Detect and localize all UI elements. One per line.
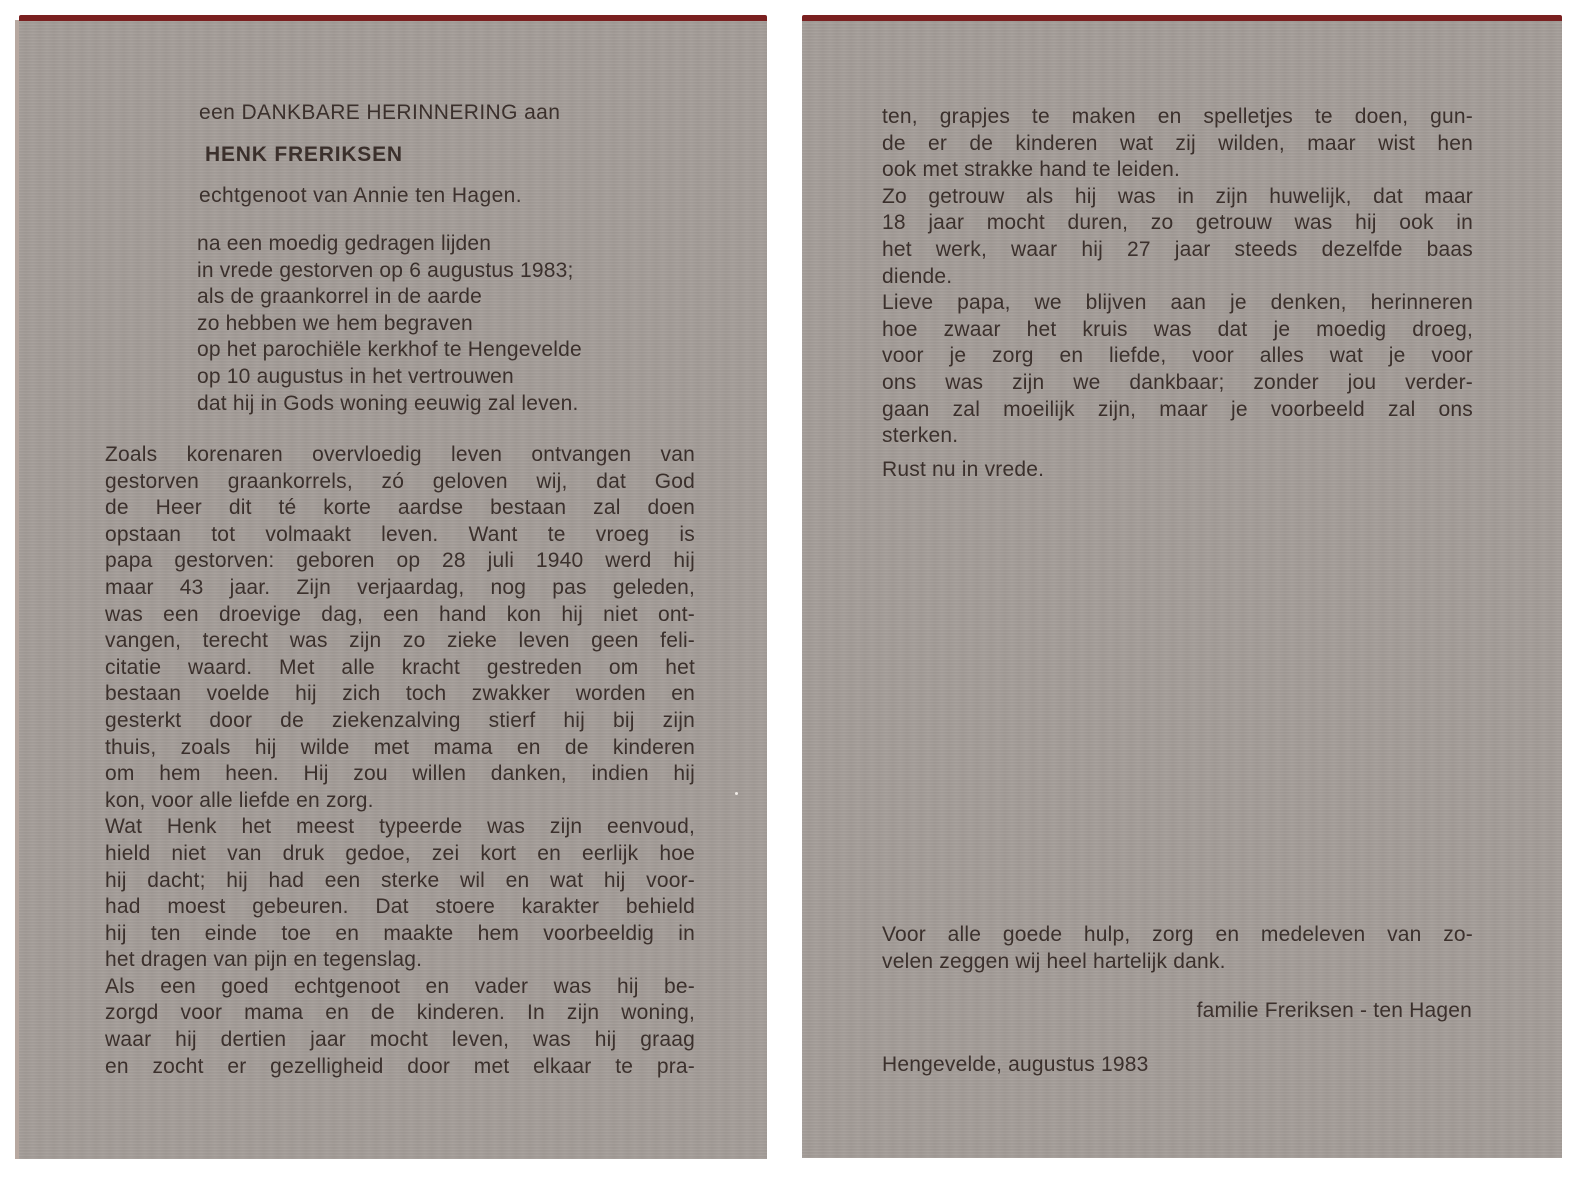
text-line: de er de kinderen wat zij wilden, maar w… — [882, 131, 1473, 158]
text-line: gestorven graankorrels, zó geloven wij, … — [105, 469, 695, 496]
text-line: het werk, waar hij 27 jaar steeds dezelf… — [882, 237, 1473, 264]
text-line: was een droevige dag, een hand kon hij n… — [105, 602, 695, 629]
text-line: voor je zorg en liefde, voor alles wat j… — [882, 343, 1473, 370]
biography-text-left: Zoals korenaren overvloedig leven ontvan… — [105, 442, 695, 1080]
text-line: Lieve papa, we blijven aan je denken, he… — [882, 290, 1473, 317]
spouse-line: echtgenoot van Annie ten Hagen. — [199, 183, 522, 210]
poem-line: als de graankorrel in de aarde — [197, 284, 582, 311]
text-line: gesterkt door de ziekenzalving stierf hi… — [105, 708, 695, 735]
text-line: gaan zal moeilijk zijn, maar je voorbeel… — [882, 397, 1473, 424]
text-line: diende. — [882, 264, 1473, 291]
text-line: Zo getrouw als hij was in zijn huwelijk,… — [882, 184, 1473, 211]
poem-line: op het parochiële kerkhof te Hengevelde — [197, 337, 582, 364]
text-line: maar 43 jaar. Zijn verjaardag, nog pas g… — [105, 575, 695, 602]
closing-line: Rust nu in vrede. — [882, 457, 1044, 484]
place-and-date: Hengevelde, augustus 1983 — [882, 1052, 1149, 1079]
family-signature: familie Freriksen - ten Hagen — [1197, 998, 1472, 1025]
text-line: de Heer dit té korte aardse bestaan zal … — [105, 495, 695, 522]
text-line: Voor alle goede hulp, zorg en medeleven … — [882, 922, 1473, 949]
text-line: vangen, terecht was zijn zo zieke leven … — [105, 628, 695, 655]
poem-line: in vrede gestorven op 6 augustus 1983; — [197, 258, 582, 285]
text-line: velen zeggen wij heel hartelijk dank. — [882, 949, 1473, 976]
text-line: hij ten einde toe en maakte hem voorbeel… — [105, 921, 695, 948]
intro-line: een DANKBARE HERINNERING aan — [199, 100, 560, 127]
poem-line: na een moedig gedragen lijden — [197, 231, 582, 258]
deceased-name: HENK FRERIKSEN — [205, 142, 403, 169]
text-line: waar hij dertien jaar mocht leven, was h… — [105, 1027, 695, 1054]
text-line: kon, voor alle liefde en zorg. — [105, 788, 695, 815]
paper-speck — [735, 792, 738, 795]
text-line: sterken. — [882, 423, 1473, 450]
text-line: en zocht er gezelligheid door met elkaar… — [105, 1054, 695, 1081]
poem-line: op 10 augustus in het vertrouwen — [197, 364, 582, 391]
thanks-note: Voor alle goede hulp, zorg en medeleven … — [882, 922, 1473, 975]
biography-text-right: ten, grapjes te maken en spelletjes te d… — [882, 104, 1473, 450]
text-line: het dragen van pijn en tegenslag. — [105, 947, 695, 974]
text-line: thuis, zoals hij wilde met mama en de ki… — [105, 735, 695, 762]
poem-block: na een moedig gedragen lijdenin vrede ge… — [197, 231, 582, 417]
poem-line: dat hij in Gods woning eeuwig zal leven. — [197, 391, 582, 418]
text-line: Wat Henk het meest typeerde was zijn een… — [105, 814, 695, 841]
text-line: om hem heen. Hij zou willen danken, indi… — [105, 761, 695, 788]
text-line: zorgd voor mama en de kinderen. In zijn … — [105, 1000, 695, 1027]
memorial-card-left-page: een DANKBARE HERINNERING aan HENK FRERIK… — [15, 20, 767, 1159]
text-line: Zoals korenaren overvloedig leven ontvan… — [105, 442, 695, 469]
text-line: ten, grapjes te maken en spelletjes te d… — [882, 104, 1473, 131]
text-line: Als een goed echtgenoot en vader was hij… — [105, 974, 695, 1001]
text-line: hij dacht; hij had een sterke wil en wat… — [105, 868, 695, 895]
text-line: opstaan tot volmaakt leven. Want te vroe… — [105, 522, 695, 549]
text-line: had moest gebeuren. Dat stoere karakter … — [105, 894, 695, 921]
text-line: bestaan voelde hij zich toch zwakker wor… — [105, 681, 695, 708]
text-line: papa gestorven: geboren op 28 juli 1940 … — [105, 548, 695, 575]
text-line: ook met strakke hand te leiden. — [882, 157, 1473, 184]
memorial-card-right-page: ten, grapjes te maken en spelletjes te d… — [802, 20, 1562, 1158]
text-line: 18 jaar mocht duren, zo getrouw was hij … — [882, 210, 1473, 237]
text-line: hoe zwaar het kruis was dat je moedig dr… — [882, 317, 1473, 344]
text-line: citatie waard. Met alle kracht gestreden… — [105, 655, 695, 682]
text-line: hield niet van druk gedoe, zei kort en e… — [105, 841, 695, 868]
text-line: ons was zijn we dankbaar; zonder jou ver… — [882, 370, 1473, 397]
poem-line: zo hebben we hem begraven — [197, 311, 582, 338]
